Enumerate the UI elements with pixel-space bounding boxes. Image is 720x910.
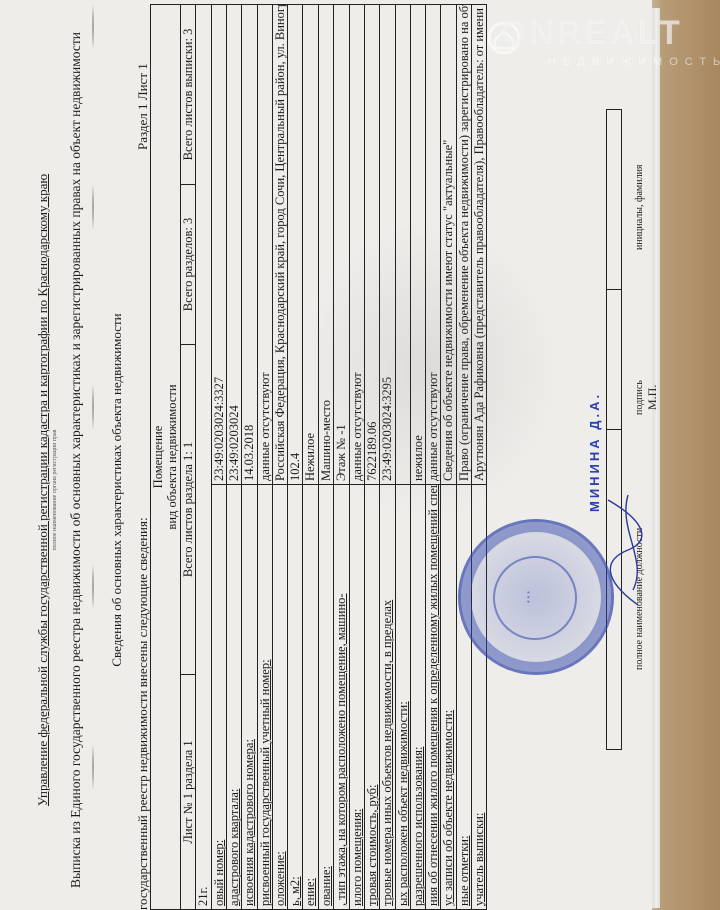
row-value: 14.03.2018 xyxy=(242,5,257,485)
row-value: Нежилое xyxy=(303,5,318,485)
table-row: ные отметки:Право (ограничение права, об… xyxy=(456,5,471,910)
row-value: 102.4 xyxy=(288,5,303,485)
row-label: ение: xyxy=(303,485,318,910)
print-mark xyxy=(92,744,94,790)
table-row: тровые номера иных объектов недвижимости… xyxy=(380,5,395,910)
sign-cell xyxy=(607,290,622,430)
intro-text: государственный реестр недвижимости внес… xyxy=(136,517,151,910)
section-label: Раздел 1 Лист 1 xyxy=(136,63,151,150)
table-row: ение:Нежилое xyxy=(303,5,318,910)
row-label: ус записи об объекте недвижимости: xyxy=(441,485,456,910)
table-row: овый номер:23:49:0203024:3327 xyxy=(211,5,226,910)
row-value: 23:49:0203024:3295 xyxy=(380,5,395,485)
watermark-sub: НЕДВИЖИМОСТЬ xyxy=(548,56,720,68)
row-label: ния об отнесении жилого помещения к опре… xyxy=(426,485,441,910)
row-value: Право (ограничение права, обременение об… xyxy=(456,5,471,485)
row-label: овый номер: xyxy=(211,485,226,910)
handwritten-signature-icon xyxy=(598,490,648,610)
office-note: полное наименование органа регистрации п… xyxy=(52,110,59,870)
table-row: ь, м2:102.4 xyxy=(288,5,303,910)
total-sections: Всего разделов: 3 xyxy=(180,185,195,345)
official-stamp: * * * xyxy=(458,519,614,675)
print-mark xyxy=(92,564,94,610)
row-label: рисвоенный государственный учетный номер… xyxy=(257,485,272,910)
table-row: разрешенного использования:нежилое xyxy=(411,5,426,910)
row-label: ные отметки: xyxy=(456,485,471,910)
sign-caption: подпись xyxy=(634,380,646,415)
date-row: 21г. xyxy=(196,5,211,910)
row-value: данные отсутствуют xyxy=(349,5,364,485)
table-row: рисвоенный государственный учетный номер… xyxy=(257,5,272,910)
row-label: илого помещения: xyxy=(349,485,364,910)
total-sheets: Всего листов выписки: 3 xyxy=(180,5,195,185)
name-caption: инициалы, фамилия xyxy=(634,164,646,250)
row-value: Российская Федерация, Краснодарский край… xyxy=(273,5,288,485)
row-value: 7622189.06 xyxy=(364,5,379,485)
row-label: ь, м2: xyxy=(288,485,303,910)
characteristics-rows: овый номер:23:49:0203024:3327адастрового… xyxy=(211,5,486,910)
sheet-number: Лист № 1 раздела 1 xyxy=(180,675,195,910)
object-type-caption: вид объекта недвижимости xyxy=(165,5,180,910)
section-heading: Сведения об основных характеристиках объ… xyxy=(110,110,125,870)
row-label: ых расположен объект недвижимости: xyxy=(395,485,410,910)
print-mark xyxy=(92,384,94,430)
table-row: ния об отнесении жилого помещения к опре… xyxy=(426,5,441,910)
characteristics-table: Помещение вид объекта недвижимости Лист … xyxy=(150,4,487,910)
row-value xyxy=(395,5,410,485)
table-row: тровая стоимость, руб:7622189.06 xyxy=(364,5,379,910)
table-row: ус записи об объекте недвижимости:Сведен… xyxy=(441,5,456,910)
row-label: исвоения кадастрового номера: xyxy=(242,485,257,910)
office-name: Управление федеральной службы государств… xyxy=(36,110,51,870)
row-value: 23:49:0203024 xyxy=(226,5,241,485)
row-label: ование: xyxy=(318,485,333,910)
table-row: , тип этажа, на котором расположено поме… xyxy=(334,5,349,910)
table-row: ых расположен объект недвижимости: xyxy=(395,5,410,910)
signature-table xyxy=(606,109,622,750)
document-page: Управление федеральной службы государств… xyxy=(0,0,652,910)
stamp-text: * * * xyxy=(527,532,535,662)
extract-title: Выписка из Единого государственного реес… xyxy=(68,30,84,890)
row-label: тровая стоимость, руб: xyxy=(364,485,379,910)
watermark-brand: ONREALT xyxy=(500,14,683,53)
name-cell xyxy=(607,110,622,290)
table-row: адастрового квартала:23:49:0203024 xyxy=(226,5,241,910)
row-label: , тип этажа, на котором расположено поме… xyxy=(334,485,349,910)
table-row: учатель выписки:Арутюнян Ада Рафиковна (… xyxy=(471,5,486,910)
stamp-place-caption: М.П. xyxy=(646,385,660,410)
row-label: оложение: xyxy=(273,485,288,910)
table-row: ование:Машино-место xyxy=(318,5,333,910)
row-label: разрешенного использования: xyxy=(411,485,426,910)
object-type: Помещение xyxy=(151,5,166,910)
row-value: Этаж № -1 xyxy=(334,5,349,485)
sheets-in-section: Всего листов раздела 1: 1 xyxy=(180,345,195,675)
table-row: илого помещения:данные отсутствуют xyxy=(349,5,364,910)
row-label: тровые номера иных объектов недвижимости… xyxy=(380,485,395,910)
row-value: Машино-место xyxy=(318,5,333,485)
row-value: данные отсутствуют xyxy=(257,5,272,485)
row-value: 23:49:0203024:3327 xyxy=(211,5,226,485)
table-row: исвоения кадастрового номера:14.03.2018 xyxy=(242,5,257,910)
row-value: Сведения об объекте недвижимости имеют с… xyxy=(441,5,456,485)
print-mark xyxy=(92,184,94,230)
row-value: данные отсутствуют xyxy=(426,5,441,485)
table-row: оложение:Российская Федерация, Краснодар… xyxy=(273,5,288,910)
row-label: адастрового квартала: xyxy=(226,485,241,910)
print-mark xyxy=(92,4,94,50)
row-value: нежилое xyxy=(411,5,426,485)
row-value: Арутюнян Ада Рафиковна (представитель пр… xyxy=(471,5,486,485)
